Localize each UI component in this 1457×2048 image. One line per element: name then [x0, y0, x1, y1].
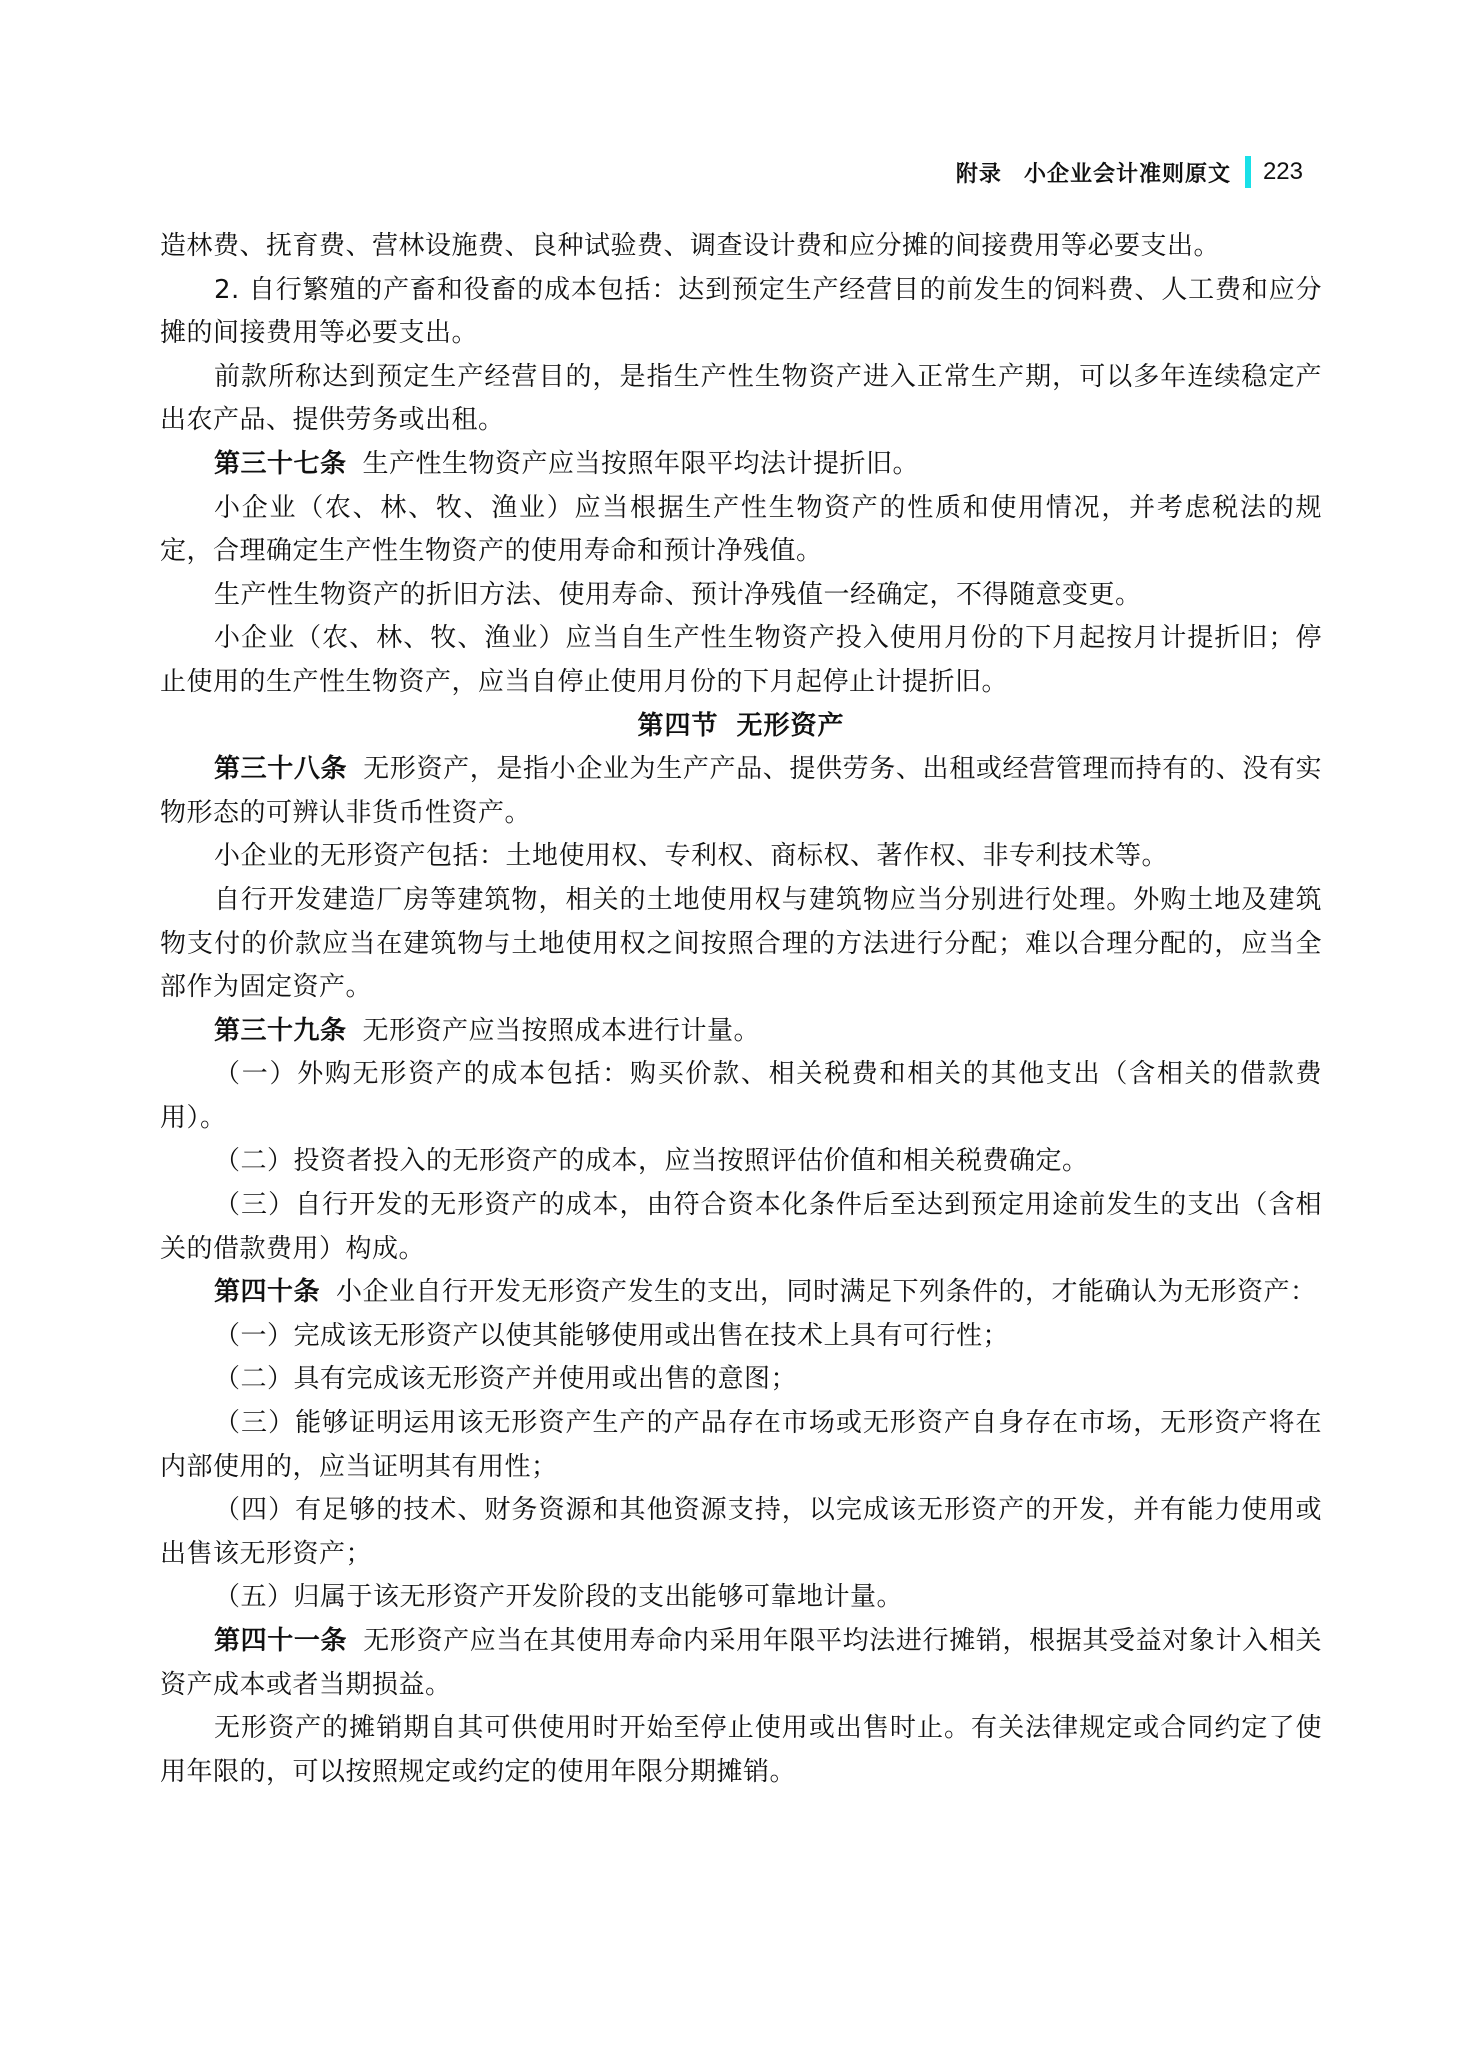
article-37: 第三十七条生产性生物资产应当按照年限平均法计提折旧。 — [160, 443, 1322, 487]
paragraph: 生产性生物资产的折旧方法、使用寿命、预计净残值一经确定，不得随意变更。 — [160, 574, 1322, 618]
paragraph: 造林费、抚育费、营林设施费、良种试验费、调查设计费和应分摊的间接费用等必要支出。 — [160, 225, 1322, 269]
header-title: 小企业会计准则原文 — [1024, 157, 1231, 188]
article-label: 第三十八条 — [214, 754, 347, 784]
article-40: 第四十条小企业自行开发无形资产发生的支出，同时满足下列条件的，才能确认为无形资产… — [160, 1271, 1322, 1315]
paragraph: （三）自行开发的无形资产的成本，由符合资本化条件后至达到预定用途前发生的支出（含… — [160, 1184, 1322, 1271]
paragraph: （三）能够证明运用该无形资产生产的产品存在市场或无形资产自身存在市场，无形资产将… — [160, 1402, 1322, 1489]
paragraph: （一）外购无形资产的成本包括：购买价款、相关税费和相关的其他支出（含相关的借款费… — [160, 1053, 1322, 1140]
paragraph: 自行开发建造厂房等建筑物，相关的土地使用权与建筑物应当分别进行处理。外购土地及建… — [160, 879, 1322, 1010]
article-text: 无形资产应当按照成本进行计量。 — [363, 1016, 761, 1046]
paragraph: 无形资产的摊销期自其可供使用时开始至停止使用或出售时止。有关法律规定或合同约定了… — [160, 1707, 1322, 1794]
paragraph: 小企业的无形资产包括：土地使用权、专利权、商标权、著作权、非专利技术等。 — [160, 835, 1322, 879]
paragraph: （二）具有完成该无形资产并使用或出售的意图； — [160, 1358, 1322, 1402]
article-text: 生产性生物资产应当按照年限平均法计提折旧。 — [363, 449, 920, 479]
page-number: 223 — [1263, 158, 1303, 186]
paragraph: 小企业（农、林、牧、渔业）应当根据生产性生物资产的性质和使用情况，并考虑税法的规… — [160, 487, 1322, 574]
paragraph: （五）归属于该无形资产开发阶段的支出能够可靠地计量。 — [160, 1576, 1322, 1620]
article-41: 第四十一条无形资产应当在其使用寿命内采用年限平均法进行摊销，根据其受益对象计入相… — [160, 1620, 1322, 1707]
accent-bar — [1245, 156, 1251, 188]
paragraph: （一）完成该无形资产以使其能够使用或出售在技术上具有可行性； — [160, 1315, 1322, 1359]
article-label: 第四十条 — [214, 1277, 320, 1307]
paragraph: 2. 自行繁殖的产畜和役畜的成本包括：达到预定生产经营目的前发生的饲料费、人工费… — [160, 269, 1322, 356]
article-38: 第三十八条无形资产，是指小企业为生产产品、提供劳务、出租或经营管理而持有的、没有… — [160, 748, 1322, 835]
article-label: 第三十九条 — [214, 1016, 347, 1046]
paragraph: 小企业（农、林、牧、渔业）应当自生产性生物资产投入使用月份的下月起按月计提折旧；… — [160, 617, 1322, 704]
page-body: 造林费、抚育费、营林设施费、良种试验费、调查设计费和应分摊的间接费用等必要支出。… — [160, 225, 1322, 1794]
section-title: 无形资产 — [737, 711, 845, 741]
paragraph: 前款所称达到预定生产经营目的，是指生产性生物资产进入正常生产期，可以多年连续稳定… — [160, 356, 1322, 443]
article-label: 第四十一条 — [214, 1626, 347, 1656]
paragraph: （二）投资者投入的无形资产的成本，应当按照评估价值和相关税费确定。 — [160, 1140, 1322, 1184]
running-header: 附录 小企业会计准则原文 223 — [956, 156, 1303, 188]
article-text: 小企业自行开发无形资产发生的支出，同时满足下列条件的，才能确认为无形资产： — [336, 1277, 1317, 1307]
section-number: 第四节 — [637, 711, 718, 741]
appendix-label: 附录 — [956, 157, 1002, 188]
section-heading: 第四节无形资产 — [160, 705, 1322, 749]
article-39: 第三十九条无形资产应当按照成本进行计量。 — [160, 1010, 1322, 1054]
article-label: 第三十七条 — [214, 449, 347, 479]
paragraph: （四）有足够的技术、财务资源和其他资源支持，以完成该无形资产的开发，并有能力使用… — [160, 1489, 1322, 1576]
